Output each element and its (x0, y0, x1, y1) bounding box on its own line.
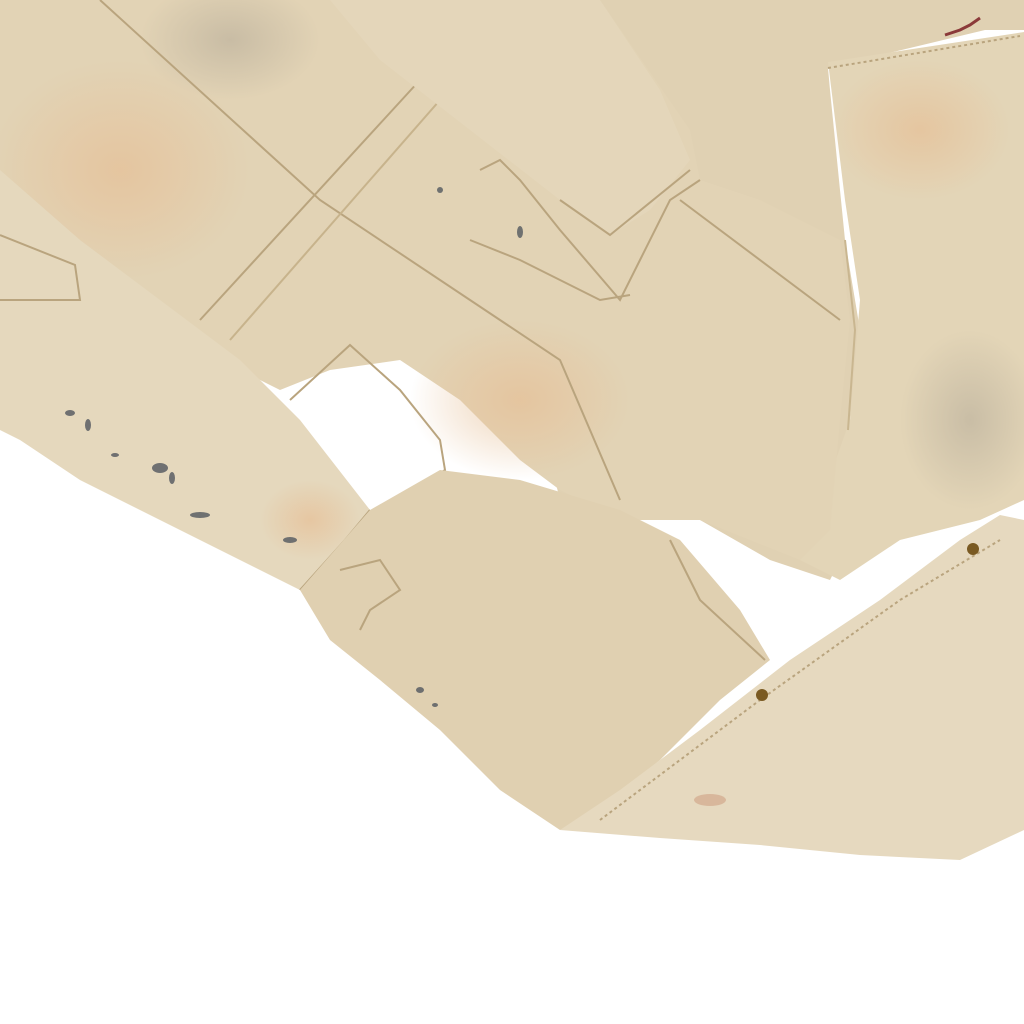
rivet-icon (756, 689, 768, 701)
garment-photo (0, 0, 1024, 1024)
rivet-icon (967, 543, 979, 555)
